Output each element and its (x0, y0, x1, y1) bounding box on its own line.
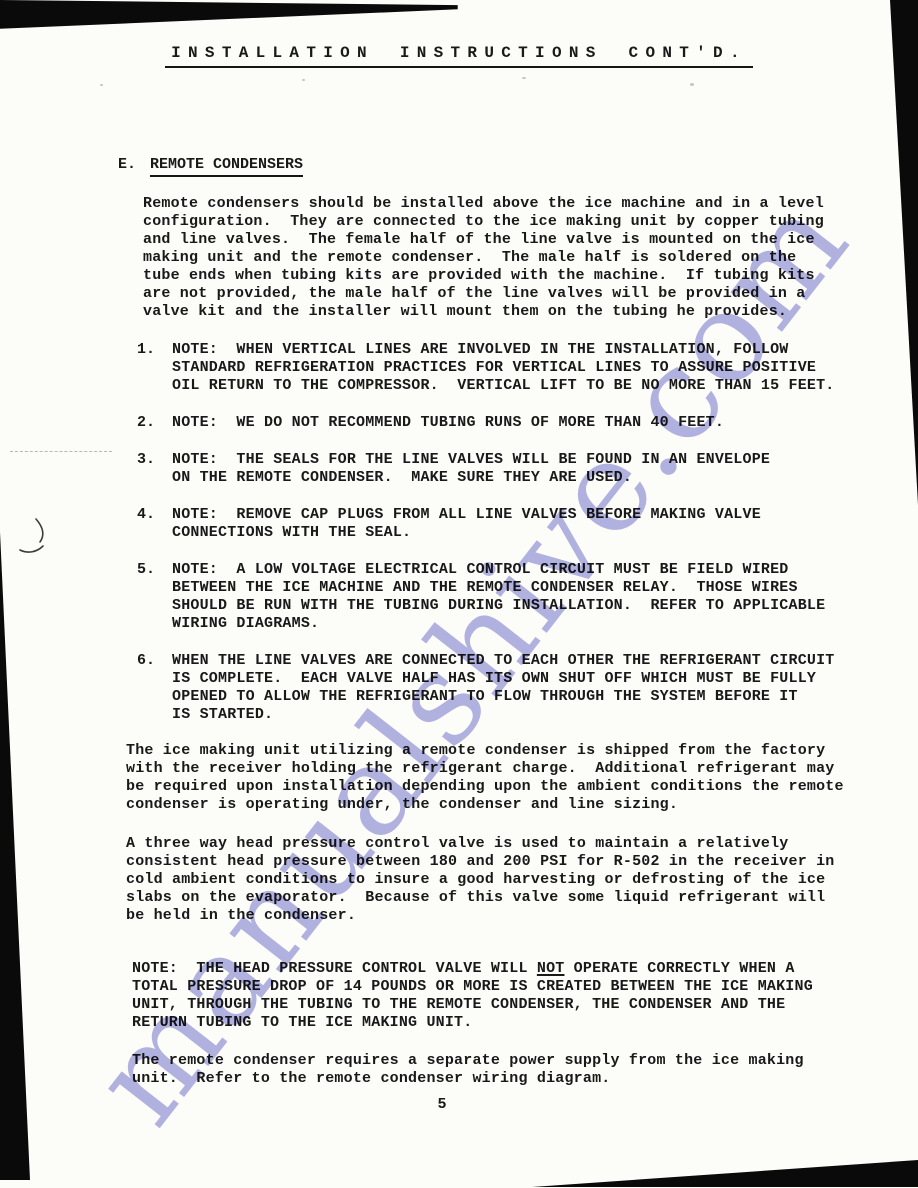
note-item-5: 5. NOTE: A LOW VOLTAGE ELECTRICAL CONTRO… (137, 561, 835, 633)
note-text: NOTE: THE SEALS FOR THE LINE VALVES WILL… (172, 451, 770, 487)
page-number: 5 (0, 1096, 884, 1113)
note-item-3: 3. NOTE: THE SEALS FOR THE LINE VALVES W… (137, 451, 835, 487)
pen-mark (16, 514, 54, 560)
scan-noise-speck (100, 84, 103, 86)
note-number: 1. (137, 341, 172, 395)
note-head-pressure-pre: NOTE: THE HEAD PRESSURE CONTROL VALVE WI… (132, 960, 537, 977)
paragraph-power-supply: The remote condenser requires a separate… (132, 1052, 804, 1088)
section-heading: REMOTE CONDENSERS (150, 156, 303, 177)
note-text: NOTE: WHEN VERTICAL LINES ARE INVOLVED I… (172, 341, 835, 395)
note-number: 5. (137, 561, 172, 633)
paragraph-refrigerant-charge: The ice making unit utilizing a remote c… (126, 742, 844, 814)
scan-noise-speck (522, 77, 526, 79)
section-label: E. (118, 156, 136, 177)
scan-noise-speck (302, 79, 305, 81)
note-number: 2. (137, 414, 172, 432)
note-head-pressure: NOTE: THE HEAD PRESSURE CONTROL VALVE WI… (132, 960, 813, 1032)
note-head-pressure-not: NOT (537, 960, 565, 977)
scan-noise-speck (690, 83, 694, 86)
notes-list: 1. NOTE: WHEN VERTICAL LINES ARE INVOLVE… (137, 341, 835, 743)
note-item-2: 2. NOTE: WE DO NOT RECOMMEND TUBING RUNS… (137, 414, 835, 432)
scanned-document-page: INSTALLATION INSTRUCTIONS CONT'D. E. REM… (0, 0, 918, 1188)
note-text: WHEN THE LINE VALVES ARE CONNECTED TO EA… (172, 652, 835, 724)
scan-artifact-top-wedge (0, 0, 460, 30)
note-text: NOTE: WE DO NOT RECOMMEND TUBING RUNS OF… (172, 414, 724, 432)
scan-artifact-right-bar (890, 0, 918, 505)
page-title: INSTALLATION INSTRUCTIONS CONT'D. (165, 44, 753, 68)
note-item-6: 6. WHEN THE LINE VALVES ARE CONNECTED TO… (137, 652, 835, 724)
note-number: 3. (137, 451, 172, 487)
note-number: 4. (137, 506, 172, 542)
section-heading-row: E. REMOTE CONDENSERS (118, 156, 303, 177)
note-item-4: 4. NOTE: REMOVE CAP PLUGS FROM ALL LINE … (137, 506, 835, 542)
note-text: NOTE: A LOW VOLTAGE ELECTRICAL CONTROL C… (172, 561, 825, 633)
document-title-row: INSTALLATION INSTRUCTIONS CONT'D. (0, 44, 918, 68)
scan-noise-dashes (10, 451, 112, 452)
note-item-1: 1. NOTE: WHEN VERTICAL LINES ARE INVOLVE… (137, 341, 835, 395)
scan-artifact-left-wedge (0, 532, 30, 1180)
note-number: 6. (137, 652, 172, 724)
scan-artifact-bottom-wedge (532, 1160, 918, 1187)
paragraph-head-pressure-valve: A three way head pressure control valve … (126, 835, 835, 925)
intro-paragraph: Remote condensers should be installed ab… (143, 195, 824, 321)
note-text: NOTE: REMOVE CAP PLUGS FROM ALL LINE VAL… (172, 506, 761, 542)
